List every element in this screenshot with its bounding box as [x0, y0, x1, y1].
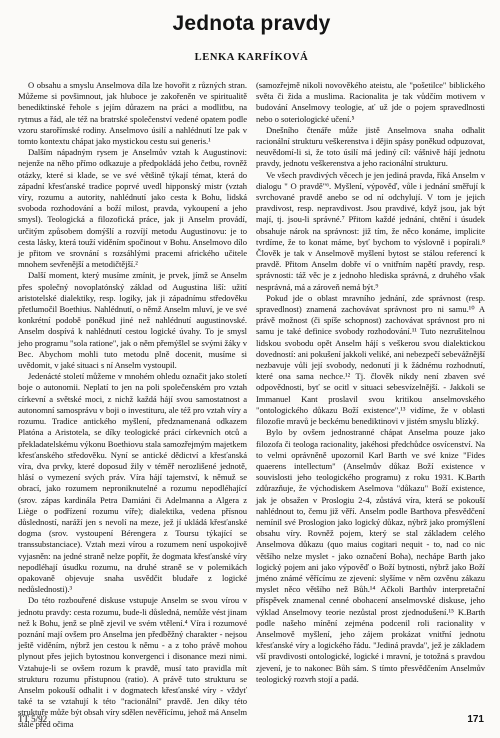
journal-issue-label: TT 5/92	[18, 714, 47, 724]
paragraph: O obsahu a smyslu Anselmova díla lze hov…	[18, 80, 247, 147]
paragraph: Pokud jde o oblast mravního jednání, zde…	[256, 293, 485, 427]
page-title: Jednota pravdy	[18, 12, 485, 36]
paragraph: Bylo by ovšem jednostranné chápat Anselm…	[256, 427, 485, 685]
paragraph: Ve všech pravdivých věcech je jen jediná…	[256, 170, 485, 293]
paragraph: Do této rozbouřené diskuse vstupuje Anse…	[18, 595, 247, 729]
paragraph: Dnešního čtenáře může jistě Anselmova sn…	[256, 125, 485, 170]
author-name: LENKA KARFÍKOVÁ	[18, 52, 485, 63]
right-column: (samozřejmě nikoli novověkého ateistu, a…	[256, 80, 485, 730]
journal-page: Jednota pravdy LENKA KARFÍKOVÁ O obsahu …	[0, 0, 500, 738]
paragraph: Další moment, který musíme zmínit, je pr…	[18, 270, 247, 371]
page-number: 171	[467, 714, 484, 725]
article-body: O obsahu a smyslu Anselmova díla lze hov…	[18, 80, 485, 730]
left-column: O obsahu a smyslu Anselmova díla lze hov…	[18, 80, 247, 730]
paragraph: (samozřejmě nikoli novověkého ateistu, a…	[256, 80, 485, 125]
paragraph: Jedenácté století můžeme v mnohém ohledu…	[18, 371, 247, 595]
paragraph: Dalším nápadným rysem je Anselmův vztah …	[18, 147, 247, 270]
